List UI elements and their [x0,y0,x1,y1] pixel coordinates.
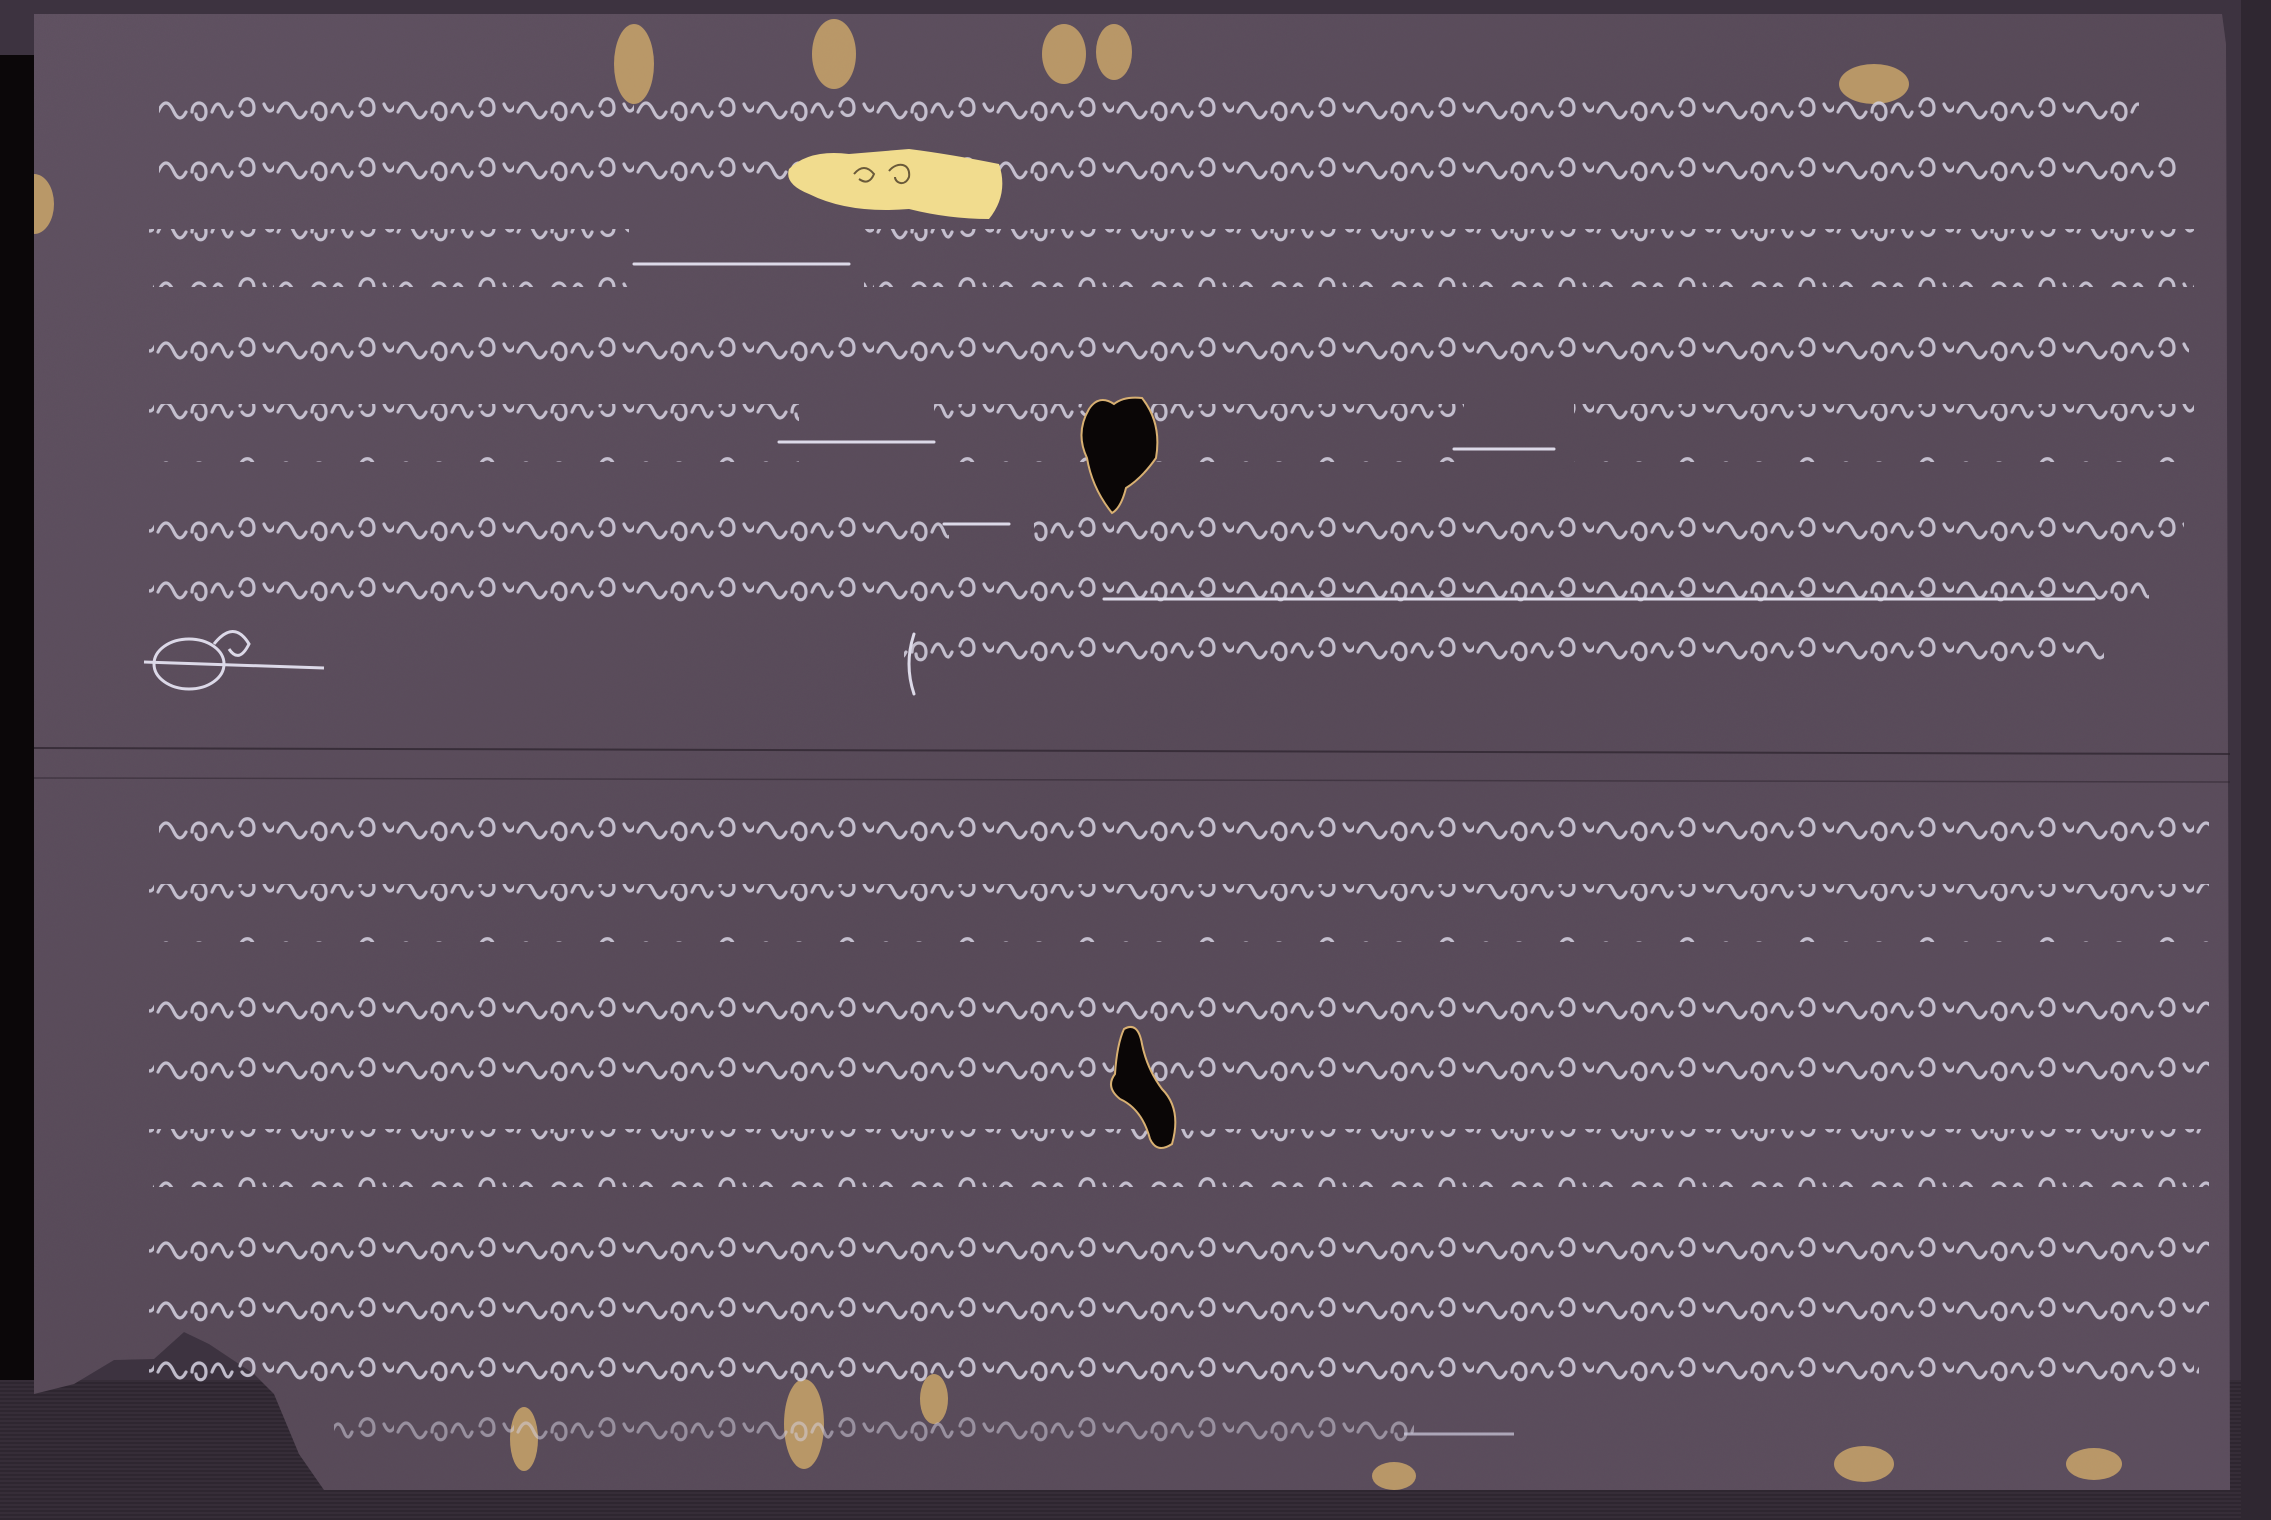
backdrop-left-strip [0,55,34,1520]
manuscript-drawing [34,14,2254,1490]
manuscript-page [34,14,2254,1490]
lower-text-block [149,804,2209,1454]
